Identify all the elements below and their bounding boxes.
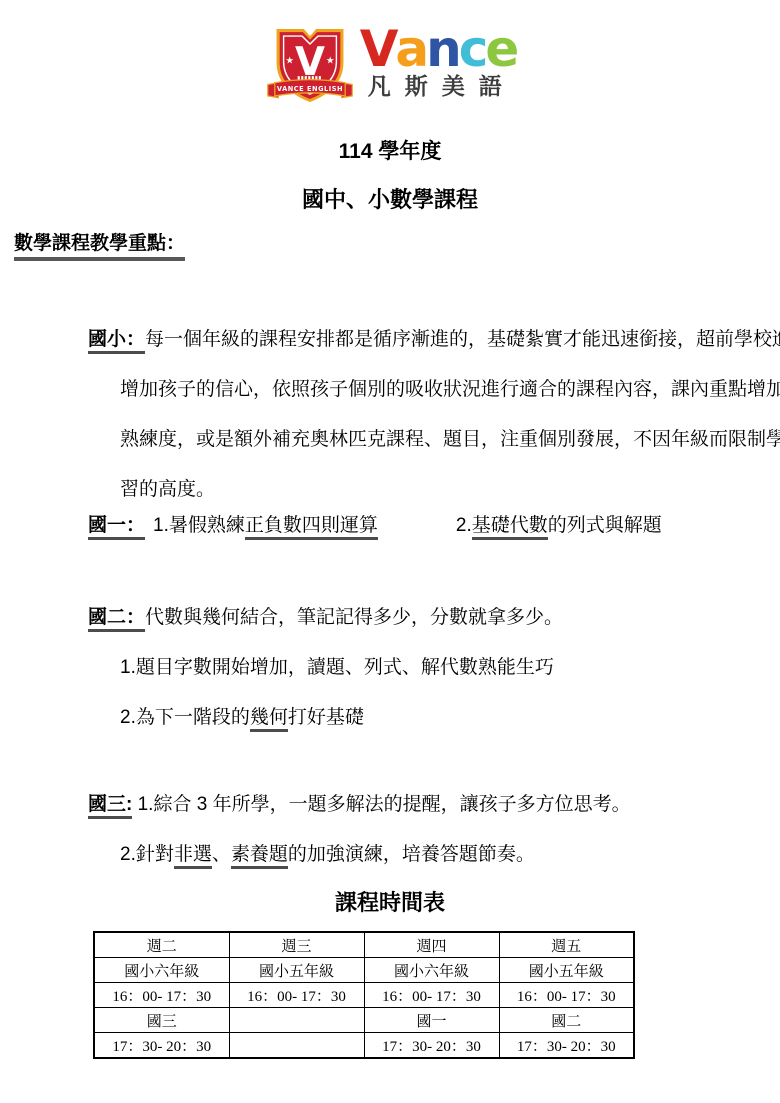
para-guo2-item2: 2.為下一階段的幾何打好基礎	[120, 705, 780, 730]
ribbon-banner-text: VANCE ENGLISH	[277, 85, 343, 93]
guo2-item2-underlined: 幾何	[250, 707, 288, 732]
timetable-cell: 17：30- 20：30	[499, 1033, 634, 1059]
section-heading: 數學課程教學重點：	[14, 233, 780, 255]
timetable-cell: 國小五年級	[229, 958, 364, 983]
timetable-cell: 國二	[499, 1008, 634, 1033]
guo2-item2-post: 打好基礎	[288, 707, 364, 728]
timetable-row: 16：00- 17：30 16：00- 17：30 16：00- 17：30 1…	[94, 983, 634, 1008]
vance-shield-icon: V ★ ★ VANCE ENGLISH	[264, 22, 356, 110]
para-guo1: 國一：1.暑假熟練正負數四則運算2.基礎代數的列式與解題	[88, 513, 780, 538]
timetable-title: 課程時間表	[0, 890, 780, 916]
timetable-cell: 國三	[94, 1008, 229, 1033]
wordmark-block: V a n c e 凡斯美語	[360, 22, 517, 99]
shield-star-left-icon: ★	[285, 55, 294, 66]
timetable-cell: 國小六年級	[364, 958, 499, 983]
timetable-row: 國小六年級 國小五年級 國小六年級 國小五年級	[94, 958, 634, 983]
guo1-item1: 1.暑假熟練正負數四則運算	[153, 515, 378, 536]
timetable-row: 17：30- 20：30 17：30- 20：30 17：30- 20：30	[94, 1033, 634, 1059]
doc-title-year: 114 學年度	[0, 140, 780, 164]
timetable-cell: 國小五年級	[499, 958, 634, 983]
brand-cjk-name: 凡斯美語	[368, 73, 517, 99]
para-guo3-item2: 2.針對非選、素養題的加強演練，培養答題節奏。	[120, 842, 780, 867]
guo3-item1-text: 1.綜合 3 年所學，一題多解法的提醒，讓孩子多方位思考。	[138, 794, 631, 815]
para-guoxiao-line2: 增加孩子的信心，依照孩子個別的吸收狀況進行適合的課程內容，課內重點增加	[120, 377, 780, 402]
wordmark-letter: n	[426, 22, 459, 76]
section-heading-text: 數學課程教學重點：	[14, 233, 185, 261]
timetable-cell: 16：00- 17：30	[499, 983, 634, 1008]
timetable-cell: 16：00- 17：30	[94, 983, 229, 1008]
label-guo2: 國二：	[88, 607, 145, 632]
timetable-cell	[229, 1033, 364, 1059]
guo3-item2-underlined2: 素養題	[231, 844, 288, 869]
para-guoxiao-line1: 國小：每一個年級的課程安排都是循序漸進的，基礎紮實才能迅速銜接，超前學校進度	[88, 327, 780, 352]
body-text: 國小：每一個年級的課程安排都是循序漸進的，基礎紮實才能迅速銜接，超前學校進度 增…	[0, 327, 780, 867]
timetable-cell: 週三	[229, 932, 364, 958]
guo2-item2-pre: 2.為下一階段的	[120, 707, 250, 728]
vance-wordmark: V a n c e	[360, 22, 517, 76]
timetable-cell: 17：30- 20：30	[94, 1033, 229, 1059]
timetable-header-row: 週二 週三 週四 週五	[94, 932, 634, 958]
para-guo2-intro: 國二：代數與幾何結合，筆記記得多少，分數就拿多少。	[88, 605, 780, 630]
guo1-item2-post: 的列式與解題	[548, 515, 662, 536]
shield-star-right-icon: ★	[326, 55, 335, 66]
guoxiao-text1: 每一個年級的課程安排都是循序漸進的，基礎紮實才能迅速銜接，超前學校進度	[145, 329, 780, 350]
timetable-cell: 國小六年級	[94, 958, 229, 983]
guo3-item2-mid: 、	[212, 844, 231, 865]
wordmark-letter: a	[395, 22, 426, 76]
para-guoxiao-line3: 熟練度，或是額外補充奧林匹克課程、題目，注重個別發展，不因年級而限制學	[120, 427, 780, 452]
doc-title-course: 國中、小數學課程	[0, 187, 780, 213]
wordmark-letter: e	[485, 22, 516, 76]
guo1-item1-pre: 1.暑假熟練	[153, 515, 245, 536]
guo3-item2-post: 的加強演練，培養答題節奏。	[288, 844, 535, 865]
guo1-item1-underlined: 正負數四則運算	[245, 515, 378, 540]
guo1-item2: 2.基礎代數的列式與解題	[456, 515, 662, 536]
guo1-item2-underlined: 基礎代數	[472, 515, 548, 540]
guo1-item2-pre: 2.	[456, 515, 472, 536]
wordmark-letter: c	[459, 22, 486, 76]
timetable-row: 國三 國一 國二	[94, 1008, 634, 1033]
label-guoxiao: 國小：	[88, 329, 145, 354]
timetable-cell: 17：30- 20：30	[364, 1033, 499, 1059]
document-page: V ★ ★ VANCE ENGLISH V a n c e 凡斯美語	[0, 0, 780, 1103]
para-guo2-item1: 1.題目字數開始增加，讀題、列式、解代數熟能生巧	[120, 655, 780, 680]
timetable-cell: 週五	[499, 932, 634, 958]
timetable-cell: 週二	[94, 932, 229, 958]
timetable-cell	[229, 1008, 364, 1033]
timetable-cell: 16：00- 17：30	[229, 983, 364, 1008]
timetable-cell: 國一	[364, 1008, 499, 1033]
wordmark-letter: V	[360, 22, 396, 76]
label-guo3: 國三:	[88, 794, 132, 819]
timetable-cell: 16：00- 17：30	[364, 983, 499, 1008]
para-guoxiao-line4: 習的高度。	[120, 477, 780, 502]
guo3-item2-underlined1: 非選	[174, 844, 212, 869]
label-guo1: 國一：	[88, 515, 145, 540]
guo2-intro-text: 代數與幾何結合，筆記記得多少，分數就拿多少。	[145, 607, 563, 628]
timetable: 週二 週三 週四 週五 國小六年級 國小五年級 國小六年級 國小五年級 16：0…	[93, 931, 635, 1059]
para-guo3-item1: 國三: 1.綜合 3 年所學，一題多解法的提醒，讓孩子多方位思考。	[88, 792, 780, 817]
timetable-cell: 週四	[364, 932, 499, 958]
guo3-item2-pre: 2.針對	[120, 844, 174, 865]
logo-block: V ★ ★ VANCE ENGLISH V a n c e 凡斯美語	[0, 0, 780, 110]
